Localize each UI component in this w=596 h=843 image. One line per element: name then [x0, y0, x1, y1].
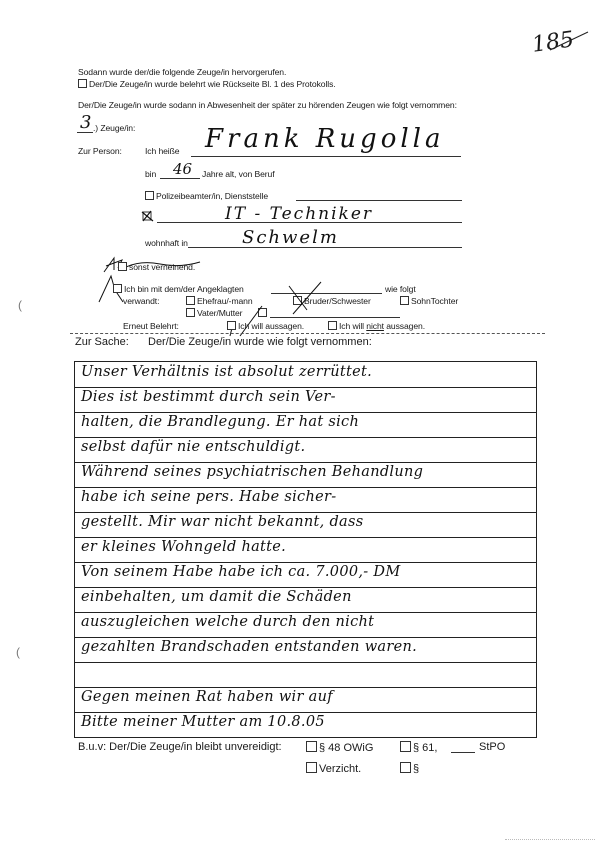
ruled-line: [75, 462, 536, 463]
ruled-line: [75, 612, 536, 613]
spouse-checkbox[interactable]: [186, 296, 195, 305]
margin-mark: (: [18, 298, 22, 312]
ruled-line: [75, 512, 536, 513]
statement-line: einbehalten, um damit die Schäden: [81, 589, 352, 605]
statement-line: auszugleichen welche durch den nicht: [81, 614, 374, 630]
matter-text: Der/Die Zeuge/in wurde wie folgt vernomm…: [148, 336, 372, 348]
relation-option-child[interactable]: SohnTochter: [400, 296, 458, 306]
statement-line: Unser Verhältnis ist absolut zerrüttet.: [81, 364, 372, 380]
stpo-label-a: § 61,: [413, 742, 437, 754]
intro-line-3: Der/Die Zeuge/in wurde sodann in Abwesen…: [78, 100, 457, 110]
margin-mark: (: [16, 645, 20, 659]
otherwise-denying-checkbox[interactable]: [118, 262, 127, 271]
statement-line: Während seines psychiatrischen Behandlun…: [81, 464, 423, 480]
otherwise-denying-label: sonst verneinend.: [129, 262, 195, 272]
statement-line: Dies ist bestimmt durch sein Ver-: [81, 389, 336, 405]
related-label: verwandt:: [123, 296, 159, 306]
otherwise-denying: sonst verneinend.: [118, 262, 195, 272]
residence-value[interactable]: Schwelm: [242, 227, 339, 248]
ruled-line: [75, 712, 536, 713]
will-not-c: aussagen.: [384, 321, 425, 331]
occupation-value[interactable]: IT - Techniker: [225, 204, 373, 224]
police-option: Polizeibeamter/in, Dienststelle: [145, 191, 268, 201]
related-checkbox[interactable]: [113, 284, 122, 293]
residence-label: wohnhaft in: [145, 238, 188, 248]
ruled-line: [75, 587, 536, 588]
scan-artifact: [505, 839, 595, 842]
name-label: Ich heiße: [145, 146, 179, 156]
statement-line: habe ich seine pers. Habe sicher-: [81, 489, 336, 505]
statement-line: Bitte meiner Mutter am 10.8.05: [81, 714, 325, 730]
will-not-testify-option[interactable]: Ich will nicht aussagen.: [328, 321, 425, 331]
statement-line: selbst dafür nie entschuldigt.: [81, 439, 305, 455]
statement-line: Gegen meinen Rat haben wir auf: [81, 689, 333, 705]
stpo-checkbox[interactable]: [400, 741, 411, 752]
ruled-line: [75, 537, 536, 538]
ruled-line: [75, 387, 536, 388]
other-paragraph-label: §: [413, 763, 419, 775]
will-testify-checkbox[interactable]: [227, 321, 236, 330]
ruled-line: [75, 687, 536, 688]
waiver-label: Verzicht.: [319, 763, 361, 775]
child-label: SohnTochter: [411, 296, 458, 306]
intro-line-2: Der/Die Zeuge/in wurde belehrt wie Rücks…: [78, 79, 336, 89]
oath-option-stpo[interactable]: § 61,: [400, 741, 437, 754]
ruled-line: [75, 487, 536, 488]
page-number-flourish: [540, 28, 590, 58]
ruled-line: [75, 437, 536, 438]
name-field-line: [191, 156, 461, 157]
police-option-label: Polizeibeamter/in, Dienststelle: [156, 191, 268, 201]
stpo-label-b: StPO: [479, 741, 505, 753]
renewed-label: Erneut Belehrt:: [123, 321, 179, 331]
oath-option-owig[interactable]: § 48 OWiG: [306, 741, 373, 754]
oath-option-waiver[interactable]: Verzicht.: [306, 762, 361, 775]
owig-label: § 48 OWiG: [319, 742, 373, 754]
will-not-a: Ich will: [339, 321, 366, 331]
age-suffix: Jahre alt, von Beruf: [202, 169, 275, 179]
matter-label: Zur Sache:: [75, 336, 129, 348]
owig-checkbox[interactable]: [306, 741, 317, 752]
will-not-testify-checkbox[interactable]: [328, 321, 337, 330]
ruled-line: [75, 637, 536, 638]
statement-box: Unser Verhältnis ist absolut zerrüttet.D…: [74, 361, 537, 738]
ruled-line: [75, 562, 536, 563]
oath-option-other[interactable]: §: [400, 762, 419, 775]
other-paragraph-checkbox[interactable]: [400, 762, 411, 773]
parent-checkbox[interactable]: [186, 308, 195, 317]
statement-line: Von seinem Habe habe ich ca. 7.000,- DM: [81, 564, 400, 580]
zur-person-label: Zur Person:: [78, 146, 122, 156]
statement-line: halten, die Brandlegung. Er hat sich: [81, 414, 359, 430]
age-prefix: bin: [145, 169, 156, 179]
belehrt-label: Der/Die Zeuge/in wurde belehrt wie Rücks…: [89, 79, 336, 89]
police-checkbox[interactable]: [145, 191, 154, 200]
ruled-line: [75, 662, 536, 663]
occupation-checkbox-checked[interactable]: [141, 209, 157, 223]
intro-line-1: Sodann wurde der/die folgende Zeuge/in h…: [78, 67, 286, 77]
statement-line: gezahlten Brandschaden entstanden waren.: [81, 639, 417, 655]
will-testify-label: Ich will aussagen.: [238, 321, 304, 331]
statement-line: er kleines Wohngeld hatte.: [81, 539, 286, 555]
oath-label: B.u.v: Der/Die Zeuge/in bleibt unvereidi…: [78, 741, 282, 753]
waiver-checkbox[interactable]: [306, 762, 317, 773]
name-value[interactable]: Frank Rugolla: [205, 124, 444, 154]
witness-number-suffix: .) Zeuge/in:: [93, 123, 135, 133]
sibling-check-mark: [287, 280, 327, 316]
statement-line: gestellt. Mir war nicht bekannt, dass: [81, 514, 363, 530]
child-checkbox[interactable]: [400, 296, 409, 305]
age-value[interactable]: 46: [173, 160, 192, 178]
ruled-line: [75, 412, 536, 413]
related-text-a: Ich bin mit dem/der Angeklagten: [124, 284, 244, 294]
will-not-b: nicht: [366, 321, 384, 331]
related-text-b: wie folgt: [385, 284, 416, 294]
related-line-1: Ich bin mit dem/der Angeklagten: [113, 284, 244, 294]
belehrt-checkbox[interactable]: [78, 79, 87, 88]
will-testify-option[interactable]: Ich will aussagen.: [227, 321, 304, 331]
witness-number: 3: [80, 112, 91, 133]
section-separator: [70, 333, 545, 334]
